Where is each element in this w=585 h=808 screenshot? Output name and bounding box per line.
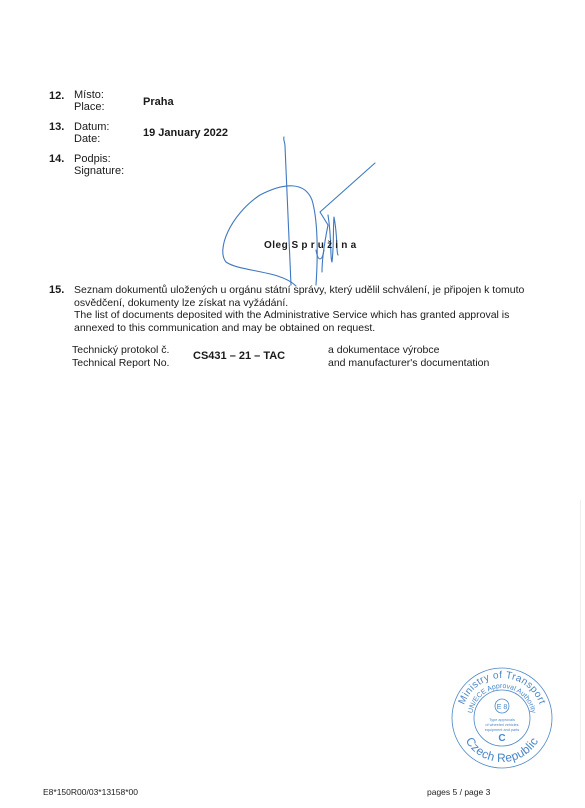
documents-text-cz: Seznam dokumentů uložených u orgánu stát… (74, 284, 534, 309)
report-label-cz: Technický protokol č. (72, 344, 169, 357)
text-cz-line1: Seznam dokumentů uložených u orgánu stát… (74, 284, 534, 297)
report-suffix-en: and manufacturer's documentation (328, 357, 489, 370)
report-label-en: Technical Report No. (72, 357, 169, 370)
text-en-line1: The list of documents deposited with the… (74, 309, 534, 322)
stamp-center-line3: equipment and parts (485, 728, 520, 732)
stamp-center-line2: of wheeled vehicles (485, 723, 518, 727)
signer-name: Oleg Spružina (264, 240, 359, 251)
report-suffix-cz: a dokumentace výrobce (328, 344, 439, 357)
page-edge-line (580, 500, 581, 760)
footer-page-info: pages 5 / page 3 (427, 787, 490, 797)
item-number: 15. (49, 284, 64, 296)
stamp-center-mark: E 8 (497, 704, 508, 711)
documents-text-en: The list of documents deposited with the… (74, 309, 534, 334)
signer-first-name: Oleg (264, 240, 288, 251)
report-number: CS431 – 21 – TAC (193, 350, 285, 362)
stamp-center-line1: Type approvals (489, 718, 515, 722)
stamp-center-letter: C (498, 733, 505, 744)
signer-last-name: Spružina (292, 240, 360, 251)
text-cz-line2: osvědčení, dokumenty lze získat na vyžád… (74, 297, 534, 310)
footer-approval-number: E8*150R00/03*13158*00 (43, 787, 138, 797)
approval-stamp: Ministry of Transport UN/ECE Approval Au… (450, 666, 554, 770)
text-en-line2: annexed to this communication and may be… (74, 322, 534, 335)
